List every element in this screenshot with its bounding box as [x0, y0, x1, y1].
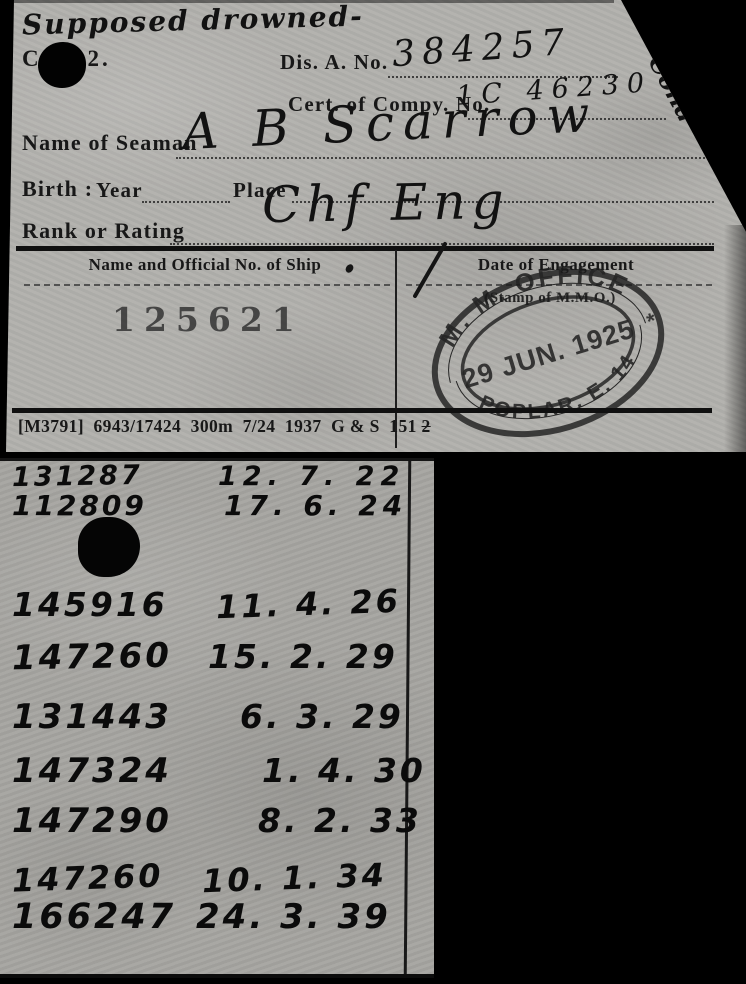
engagement-date: 1. 4. 30	[262, 751, 426, 790]
scanned-discharge-card-page: { "colors": { "background": "#000000", "…	[0, 0, 746, 984]
ink-blot	[38, 42, 86, 88]
dis-a-no-value: 384257	[391, 22, 573, 75]
ship-official-number: 112809	[12, 489, 147, 522]
rank-or-rating-label: Rank or Rating	[22, 218, 185, 244]
ship-name-column-header: Name and Official No. of Ship	[16, 255, 394, 275]
ship-official-number: 147290	[12, 801, 172, 841]
ledger-row: 14591611. 4. 26	[0, 585, 434, 635]
engagement-date: 17. 6. 24	[224, 489, 407, 522]
ship-official-number: 166247	[12, 897, 176, 937]
seaman-name-value: A B Scarrow	[181, 85, 600, 161]
engagement-date: 6. 3. 29	[240, 697, 404, 736]
rank-value: Chf Eng	[262, 172, 511, 234]
ship-official-number: 147324	[12, 751, 172, 791]
ledger-row: 1314436. 3. 29	[0, 697, 434, 747]
engagement-date: 12. 7. 22	[218, 461, 405, 492]
ledger-row: 16624724. 3. 39	[0, 897, 434, 947]
ship-official-number: 145916	[12, 585, 168, 624]
engagement-date: 11. 4. 26	[215, 582, 401, 626]
dis-a-no-label: Dis. A. No.	[280, 50, 388, 75]
engagement-date: 15. 2. 29	[208, 637, 398, 676]
ship-official-number: 131443	[12, 697, 172, 737]
imprint-struck-digit: 2	[422, 416, 431, 436]
table-top-rule	[16, 246, 714, 251]
engagement-date: 10. 1. 34	[201, 856, 387, 900]
ship-official-number: 147260	[12, 636, 173, 679]
ledger-row: 11280917. 6. 24	[0, 489, 434, 539]
mm-office-rubber-stamp: M. M. OFFICE POPLAR. E. 14 29 JUN. 1925 …	[424, 254, 672, 452]
name-of-seaman-label: Name of Seaman	[22, 130, 198, 156]
imprint-text: [M3791] 6943/17424 300m 7/24 1937 G & S …	[18, 416, 422, 436]
engagement-date: 8. 2. 33	[258, 801, 422, 840]
header-dashed-line-left	[24, 284, 390, 286]
discharge-certificate-card: Supposed drowned- C.R. 2. Dis. A. No. 38…	[0, 0, 746, 452]
year-dotted-line	[142, 201, 230, 203]
printers-imprint-line: [M3791] 6943/17424 300m 7/24 1937 G & S …	[18, 416, 431, 437]
engagement-date: 24. 3. 39	[196, 897, 391, 937]
card-right-edge-shadow	[724, 225, 746, 452]
year-label: Year	[96, 178, 143, 203]
ledger-row: 14726015. 2. 29	[0, 637, 434, 687]
ledger-row: 1472908. 2. 33	[0, 801, 434, 851]
ship-official-number-stamp: 125621	[112, 300, 304, 339]
card-bottom-rule	[12, 408, 712, 413]
ledger-row: 1473241. 4. 30	[0, 751, 434, 801]
birth-label: Birth :	[22, 176, 93, 202]
annotation-supposed-drowned: Supposed drowned-	[22, 0, 365, 41]
ship-official-number: 147260	[11, 856, 164, 899]
ship-number-ledger-fragment: 13128712. 7. 2211280917. 6. 2414591611. …	[0, 458, 434, 978]
